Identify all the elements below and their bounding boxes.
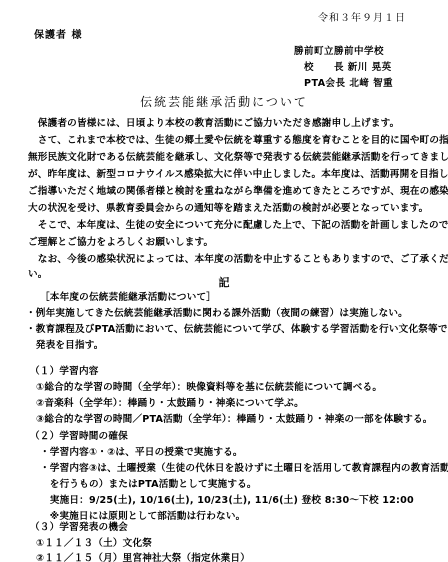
- document-page: 令和３年９月１日 保護者 様 勝前町立勝前中学校 校 長 新川 晃英 PTA会長…: [0, 0, 448, 562]
- sender-pta: PTA会長 北﨑 智重: [304, 77, 393, 90]
- policy-item: ・教育課程及びPTA活動において、伝統芸能について学び、体験する学習活動を行い文…: [26, 323, 448, 336]
- section-item: ・学習内容①・②は、平日の授業で実施する。: [40, 446, 243, 459]
- section-heading: （１）学習内容: [30, 365, 99, 378]
- body-line: ご指導いただく地域の関係者様と検討を重ねながら準備を進めてきたところですが、現在…: [28, 185, 448, 198]
- ki-marker: 記: [0, 276, 448, 289]
- body-line: なお、今後の感染状況によっては、本年度の活動を中止することもありますので、ご了承…: [28, 253, 448, 266]
- body-line: そこで、本年度は、生徒の安全について充分に配慮した上で、下記の活動を計画しました…: [28, 219, 448, 232]
- section-item: を行うもの）またはPTA活動として実施する。: [40, 478, 257, 491]
- body-line: 大の状況を受け、県教育委員会からの通知等を踏まえた活動の検討が必要となっています…: [28, 202, 428, 215]
- body-line: 保護者の皆様には、日頃より本校の教育活動にご協力いただき感謝申し上げます。: [28, 117, 399, 130]
- section-item: ②音楽科（全学年）：棒踊り・太鼓踊り・神楽について学ぶ。: [36, 397, 304, 410]
- section-item: ②１１／１５（月）里宮神社大祭（指定休業日）: [36, 552, 250, 562]
- section-item: ③総合的な学習の時間／PTA活動（全学年）：棒踊り・太鼓踊り・神楽の一部を体験す…: [36, 413, 433, 426]
- body-line: 無形民族文化財である伝統芸能を継承し、文化祭等で発表する伝統芸能継承活動を行って…: [28, 151, 448, 164]
- policy-item: ・例年実施してきた伝統芸能継承活動に関わる課外活動（夜間の練習）は実施しない。: [26, 307, 408, 320]
- sender-school: 勝前町立勝前中学校: [294, 45, 384, 58]
- document-date: 令和３年９月１日: [318, 12, 406, 25]
- section-heading: （２）学習時間の確保: [30, 430, 128, 443]
- body-line: が、昨年度は、新型コロナウイルス感染拡大に伴い中止しました。本年度は、活動再開を…: [28, 168, 448, 181]
- document-title: 伝統芸能継承活動について: [0, 96, 448, 109]
- sender-principal: 校 長 新川 晃英: [304, 61, 392, 74]
- section-item: 実施日：9/25(土), 10/16(土), 10/23(土), 11/6(土)…: [40, 494, 414, 507]
- addressee: 保護者 様: [34, 29, 82, 42]
- section-item: ①総合的な学習の時間（全学年）：映像資料等を基に伝統芸能について調べる。: [36, 381, 382, 394]
- policy-item: 発表を目指す。: [26, 339, 104, 352]
- body-line: さて、これまで本校では、生徒の郷土愛や伝統を尊重する態度を育むことを目的に国や町…: [28, 134, 448, 147]
- section-heading: （３）学習発表の機会: [30, 521, 128, 534]
- body-line: ご理解とご協力をよろしくお願いします。: [28, 236, 213, 249]
- policy-heading: ［本年度の伝統芸能継承活動について］: [40, 291, 216, 304]
- section-item: ①１１／１３（土）文化祭: [36, 537, 152, 550]
- section-item: ・学習内容③は、土曜授業（生徒の代休日を設けずに土曜日を活用して教育課程内の教育…: [40, 462, 448, 475]
